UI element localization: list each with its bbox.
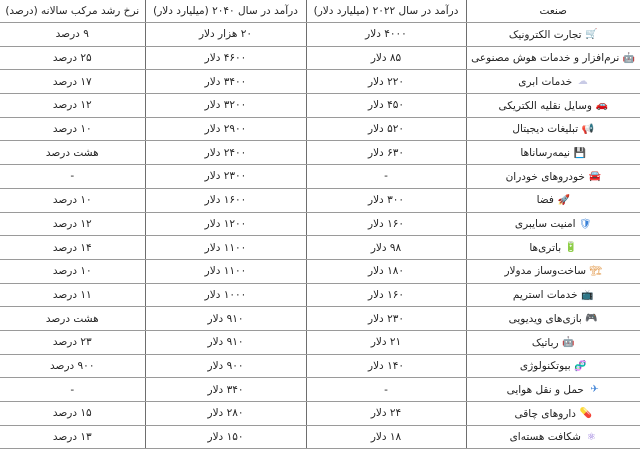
- industry-label: تجارت الکترونیک: [509, 29, 582, 41]
- industry-cell: 🛡 امنیت سایبری: [466, 212, 640, 236]
- revenue-2040-cell: ۹۱۰ دلار: [145, 307, 306, 331]
- industry-cell: 🚘 خودروهای خودران: [466, 165, 640, 189]
- robot-icon: 🤖: [624, 53, 635, 64]
- table-row: 🤖 نرم‌افزار و خدمات هوش مصنوعی ۸۵ دلار ۴…: [0, 46, 640, 70]
- revenue-2040-cell: ۱۱۰۰ دلار: [145, 236, 306, 260]
- revenue-2040-cell: ۱۵۰ دلار: [145, 425, 306, 449]
- cagr-cell: ۱۰ درصد: [0, 188, 145, 212]
- table-row: 🧬 بیوتکنولوژی ۱۴۰ دلار ۹۰۰ دلار ۹۰۰ درصد: [0, 354, 640, 378]
- industry-label: بیوتکنولوژی: [520, 360, 571, 372]
- industry-label: داروهای چاقی: [515, 408, 577, 420]
- industry-cell: 💊 داروهای چاقی: [466, 402, 640, 426]
- cagr-cell: -: [0, 165, 145, 189]
- cagr-cell: ۹۰۰ درصد: [0, 354, 145, 378]
- industry-cell: 🤖 نرم‌افزار و خدمات هوش مصنوعی: [466, 46, 640, 70]
- revenue-2022-cell: ۳۰۰ دلار: [306, 188, 466, 212]
- battery-icon: 🔋: [566, 242, 577, 253]
- industry-cell: ⚛ شکافت هسته‌ای: [466, 425, 640, 449]
- autonomous-car-icon: 🚘: [590, 171, 601, 182]
- cagr-cell: ۱۴ درصد: [0, 236, 145, 260]
- cagr-cell: -: [0, 378, 145, 402]
- revenue-2022-cell: ۲۲۰ دلار: [306, 70, 466, 94]
- industry-cell: 🏗 ساخت‌وساز مدولار: [466, 259, 640, 283]
- cagr-cell: ۱۱ درصد: [0, 283, 145, 307]
- rocket-icon: 🚀: [559, 195, 570, 206]
- header-revenue-2040: درآمد در سال ۲۰۴۰ (میلیارد دلار): [145, 0, 306, 23]
- atom-icon: ⚛: [586, 432, 597, 443]
- dna-icon: 🧬: [576, 361, 587, 372]
- revenue-2040-cell: ۴۶۰۰ دلار: [145, 46, 306, 70]
- cagr-cell: ۱۵ درصد: [0, 402, 145, 426]
- gamepad-icon: 🎮: [587, 313, 598, 324]
- table-row: 🚘 خودروهای خودران - ۲۳۰۰ دلار -: [0, 165, 640, 189]
- table-row: 📢 تبلیغات دیجیتال ۵۲۰ دلار ۲۹۰۰ دلار ۱۰ …: [0, 117, 640, 141]
- cloud-icon: ☁: [577, 76, 588, 87]
- industry-cell: 🚗 وسایل نقلیه الکتریکی: [466, 94, 640, 118]
- industry-label: رباتیک: [532, 337, 559, 349]
- revenue-2040-cell: ۲۳۰۰ دلار: [145, 165, 306, 189]
- industry-label: ساخت‌وساز مدولار: [504, 265, 586, 277]
- revenue-2022-cell: ۲۴ دلار: [306, 402, 466, 426]
- revenue-2022-cell: ۴۰۰۰ دلار: [306, 23, 466, 47]
- cagr-cell: ۱۷ درصد: [0, 70, 145, 94]
- airplane-icon: ✈: [589, 384, 600, 395]
- shopping-cart-icon: 🛒: [587, 29, 598, 40]
- table-row: ⚛ شکافت هسته‌ای ۱۸ دلار ۱۵۰ دلار ۱۳ درصد: [0, 425, 640, 449]
- revenue-2040-cell: ۱۲۰۰ دلار: [145, 212, 306, 236]
- car-icon: 🚗: [597, 100, 608, 111]
- industry-cell: 🧬 بیوتکنولوژی: [466, 354, 640, 378]
- revenue-2022-cell: ۱۶۰ دلار: [306, 212, 466, 236]
- industry-label: شکافت هسته‌ای: [510, 431, 581, 443]
- robot-face-icon: 🤖: [564, 337, 575, 348]
- table-row: 💾 نیمه‌رساناها ۶۳۰ دلار ۲۴۰۰ دلار هشت در…: [0, 141, 640, 165]
- industry-label: وسایل نقلیه الکتریکی: [499, 100, 592, 112]
- revenue-2022-cell: ۱۶۰ دلار: [306, 283, 466, 307]
- industry-cell: ✈ حمل و نقل هوایی: [466, 378, 640, 402]
- revenue-2040-cell: ۲۸۰ دلار: [145, 402, 306, 426]
- header-cagr: نرخ رشد مرکب سالانه (درصد): [0, 0, 145, 23]
- revenue-2022-cell: -: [306, 165, 466, 189]
- table-row: ✈ حمل و نقل هوایی - ۳۴۰ دلار -: [0, 378, 640, 402]
- cagr-cell: هشت درصد: [0, 141, 145, 165]
- industry-label: امنیت سایبری: [515, 218, 576, 230]
- revenue-2022-cell: ۱۴۰ دلار: [306, 354, 466, 378]
- industry-label: نرم‌افزار و خدمات هوش مصنوعی: [471, 52, 619, 64]
- shield-icon: 🛡: [581, 219, 592, 230]
- cagr-cell: ۱۲ درصد: [0, 94, 145, 118]
- header-revenue-2022: درآمد در سال ۲۰۲۲ (میلیارد دلار): [306, 0, 466, 23]
- cagr-cell: ۲۳ درصد: [0, 330, 145, 354]
- industry-label: نیمه‌رساناها: [520, 147, 570, 159]
- revenue-2040-cell: ۱۶۰۰ دلار: [145, 188, 306, 212]
- table-row: 📺 خدمات استریم ۱۶۰ دلار ۱۰۰۰ دلار ۱۱ درص…: [0, 283, 640, 307]
- industry-label: خدمات استریم: [513, 289, 578, 301]
- table-row: 💊 داروهای چاقی ۲۴ دلار ۲۸۰ دلار ۱۵ درصد: [0, 402, 640, 426]
- industry-cell: 🚀 فضا: [466, 188, 640, 212]
- industry-label: فضا: [537, 194, 554, 206]
- industry-label: حمل و نقل هوایی: [507, 384, 584, 396]
- revenue-2022-cell: ۴۵۰ دلار: [306, 94, 466, 118]
- revenue-2022-cell: ۱۸۰ دلار: [306, 259, 466, 283]
- cagr-cell: ۲۵ درصد: [0, 46, 145, 70]
- revenue-2022-cell: ۵۲۰ دلار: [306, 117, 466, 141]
- industry-cell: 💾 نیمه‌رساناها: [466, 141, 640, 165]
- revenue-2022-cell: ۱۸ دلار: [306, 425, 466, 449]
- revenue-2040-cell: ۲۴۰۰ دلار: [145, 141, 306, 165]
- megaphone-icon: 📢: [583, 124, 594, 135]
- revenue-2040-cell: ۳۴۰۰ دلار: [145, 70, 306, 94]
- revenue-2022-cell: ۶۳۰ دلار: [306, 141, 466, 165]
- industry-cell: 🤖 رباتیک: [466, 330, 640, 354]
- industry-cell: 🔋 باتری‌ها: [466, 236, 640, 260]
- revenue-2040-cell: ۳۴۰ دلار: [145, 378, 306, 402]
- table-row: 🛡 امنیت سایبری ۱۶۰ دلار ۱۲۰۰ دلار ۱۲ درص…: [0, 212, 640, 236]
- table-row: 🤖 رباتیک ۲۱ دلار ۹۱۰ دلار ۲۳ درصد: [0, 330, 640, 354]
- crane-icon: 🏗: [591, 266, 602, 277]
- cagr-cell: ۱۰ درصد: [0, 117, 145, 141]
- tv-icon: 📺: [583, 290, 594, 301]
- table-row: ☁ خدمات ابری ۲۲۰ دلار ۳۴۰۰ دلار ۱۷ درصد: [0, 70, 640, 94]
- pill-icon: 💊: [581, 408, 592, 419]
- industry-label: بازی‌های ویدیویی: [509, 313, 582, 325]
- industry-cell: 🎮 بازی‌های ویدیویی: [466, 307, 640, 331]
- industry-label: باتری‌ها: [529, 242, 561, 254]
- table-row: 🎮 بازی‌های ویدیویی ۲۳۰ دلار ۹۱۰ دلار هشت…: [0, 307, 640, 331]
- revenue-2022-cell: ۹۸ دلار: [306, 236, 466, 260]
- industry-label: تبلیغات دیجیتال: [512, 123, 578, 135]
- industry-cell: 📢 تبلیغات دیجیتال: [466, 117, 640, 141]
- table-row: 🏗 ساخت‌وساز مدولار ۱۸۰ دلار ۱۱۰۰ دلار ۱۰…: [0, 259, 640, 283]
- revenue-2040-cell: ۲۰ هزار دلار: [145, 23, 306, 47]
- revenue-2022-cell: ۲۱ دلار: [306, 330, 466, 354]
- industry-cell: 🛒 تجارت الکترونیک: [466, 23, 640, 47]
- revenue-2040-cell: ۳۲۰۰ دلار: [145, 94, 306, 118]
- table-row: 🚀 فضا ۳۰۰ دلار ۱۶۰۰ دلار ۱۰ درصد: [0, 188, 640, 212]
- industry-revenue-table: صنعت درآمد در سال ۲۰۲۲ (میلیارد دلار) در…: [0, 0, 640, 449]
- revenue-2040-cell: ۱۱۰۰ دلار: [145, 259, 306, 283]
- industry-cell: 📺 خدمات استریم: [466, 283, 640, 307]
- revenue-2040-cell: ۹۱۰ دلار: [145, 330, 306, 354]
- cagr-cell: ۱۲ درصد: [0, 212, 145, 236]
- revenue-2040-cell: ۲۹۰۰ دلار: [145, 117, 306, 141]
- header-industry: صنعت: [466, 0, 640, 23]
- revenue-2022-cell: ۲۳۰ دلار: [306, 307, 466, 331]
- industry-label: خدمات ابری: [518, 76, 572, 88]
- header-row: صنعت درآمد در سال ۲۰۲۲ (میلیارد دلار) در…: [0, 0, 640, 23]
- industry-cell: ☁ خدمات ابری: [466, 70, 640, 94]
- revenue-2022-cell: ۸۵ دلار: [306, 46, 466, 70]
- cagr-cell: ۱۰ درصد: [0, 259, 145, 283]
- cagr-cell: ۱۳ درصد: [0, 425, 145, 449]
- floppy-disk-icon: 💾: [575, 148, 586, 159]
- industry-label: خودروهای خودران: [506, 171, 585, 183]
- cagr-cell: هشت درصد: [0, 307, 145, 331]
- revenue-2040-cell: ۹۰۰ دلار: [145, 354, 306, 378]
- table-row: 🚗 وسایل نقلیه الکتریکی ۴۵۰ دلار ۳۲۰۰ دلا…: [0, 94, 640, 118]
- revenue-2022-cell: -: [306, 378, 466, 402]
- revenue-2040-cell: ۱۰۰۰ دلار: [145, 283, 306, 307]
- table-row: 🛒 تجارت الکترونیک ۴۰۰۰ دلار ۲۰ هزار دلار…: [0, 23, 640, 47]
- cagr-cell: ۹ درصد: [0, 23, 145, 47]
- table-row: 🔋 باتری‌ها ۹۸ دلار ۱۱۰۰ دلار ۱۴ درصد: [0, 236, 640, 260]
